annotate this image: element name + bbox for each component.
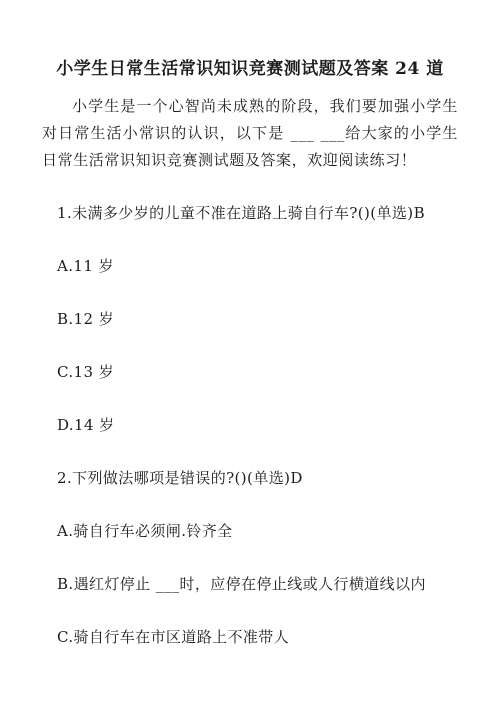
question-2-option-c: C.骑自行车在市区道路上不准带人 [57, 628, 470, 646]
question-1-option-a: A.11 岁 [57, 257, 470, 275]
intro-paragraph: 小学生是一个心智尚未成熟的阶段，我们要加强小学生对日常生活小常识的认识，以下是 … [42, 93, 458, 173]
question-2-option-b: B.遇红灯停止 ___时，应停在停止线或人行横道线以内 [57, 575, 470, 593]
question-1-option-b: B.12 岁 [57, 310, 470, 328]
question-1-option-d: D.14 岁 [57, 416, 470, 434]
document-page: 小学生日常生活常识知识竞赛测试题及答案 24 道 小学生是一个心智尚未成熟的阶段… [0, 0, 500, 708]
question-2-text: 2.下列做法哪项是错误的?()(单选)D [57, 469, 470, 487]
question-1-text: 1.未满多少岁的儿童不准在道路上骑自行车?()(单选)B [57, 204, 470, 222]
question-2-option-a: A.骑自行车必须闸.铃齐全 [57, 522, 470, 540]
document-title: 小学生日常生活常识知识竞赛测试题及答案 24 道 [0, 0, 500, 81]
question-1-option-c: C.13 岁 [57, 363, 470, 381]
